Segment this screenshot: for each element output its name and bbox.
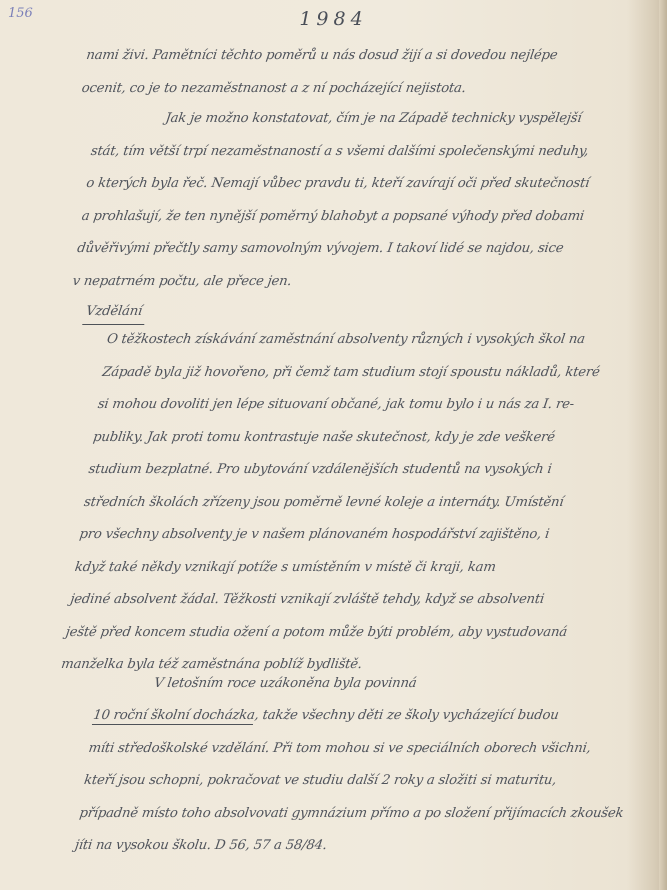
text-line: v nepatrném počtu, ale přece jen. <box>70 266 635 299</box>
text-line: publiky. Jak proti tomu kontrastuje naše… <box>91 422 656 455</box>
year-heading: 1984 <box>0 8 667 30</box>
text-fragment: , takže všechny děti ze školy vycházejíc… <box>254 708 560 723</box>
text-line: V letošním roce uzákoněna byla povinná <box>82 668 647 701</box>
text-line: kteří jsou schopni, pokračovat ve studiu… <box>82 765 647 798</box>
paragraph-school-attendance-intro: V letošním roce uzákoněna byla povinná <box>82 668 647 701</box>
text-line: středních školách zřízeny jsou poměrně l… <box>82 487 647 520</box>
text-line: stát, tím větší trpí nezaměstnaností a s… <box>89 136 654 169</box>
paragraph-unemployment: Jak je možno konstatovat, čím je na Zápa… <box>70 103 657 298</box>
text-line: případně místo toho absolvovati gymnáziu… <box>77 798 642 831</box>
paragraph-education: O těžkostech získávání zaměstnání absolv… <box>59 324 667 682</box>
text-line: Západě byla již hovořeno, při čemž tam s… <box>100 357 665 390</box>
text-line: O těžkostech získávání zaměstnání absolv… <box>105 324 667 357</box>
text-line: ještě před koncem studia ožení a potom m… <box>63 617 628 650</box>
underlined-phrase: 10 roční školní docházka <box>92 708 256 725</box>
page-binding-edge <box>659 0 667 890</box>
text-line: když také někdy vznikají potíže s umístě… <box>73 552 638 585</box>
text-line: studium bezplatné. Pro ubytování vzdálen… <box>86 454 651 487</box>
text-line: míti středoškolské vzdělání. Při tom moh… <box>86 733 651 766</box>
text-line: 10 roční školní docházka, takže všechny … <box>91 700 656 733</box>
text-line: Jak je možno konstatovat, čím je na Zápa… <box>93 103 658 136</box>
section-heading: Vzdělání <box>82 301 147 325</box>
paragraph-continuation: nami živi. Pamětníci těchto poměrů u nás… <box>79 40 648 105</box>
chronicle-page: 156 1984 nami živi. Pamětníci těchto pom… <box>0 0 667 890</box>
text-line: a prohlašují, že ten nynější poměrný bla… <box>79 201 644 234</box>
text-line: ocenit, co je to nezaměstnanost a z ní p… <box>79 73 644 106</box>
text-line: o kterých byla řeč. Nemají vůbec pravdu … <box>84 168 649 201</box>
text-line: jediné absolvent žádal. Těžkosti vznikaj… <box>68 584 633 617</box>
text-line: si mohou dovoliti jen lépe situovaní obč… <box>95 389 660 422</box>
text-line: nami živi. Pamětníci těchto poměrů u nás… <box>84 40 649 73</box>
text-line: pro všechny absolventy je v našem plánov… <box>77 519 642 552</box>
text-line: jíti na vysokou školu. D 56, 57 a 58/84. <box>73 830 638 863</box>
text-line: důvěřivými přečtly samy samovolným vývoj… <box>75 233 640 266</box>
paragraph-school-attendance: 10 roční školní docházka, takže všechny … <box>73 700 656 863</box>
